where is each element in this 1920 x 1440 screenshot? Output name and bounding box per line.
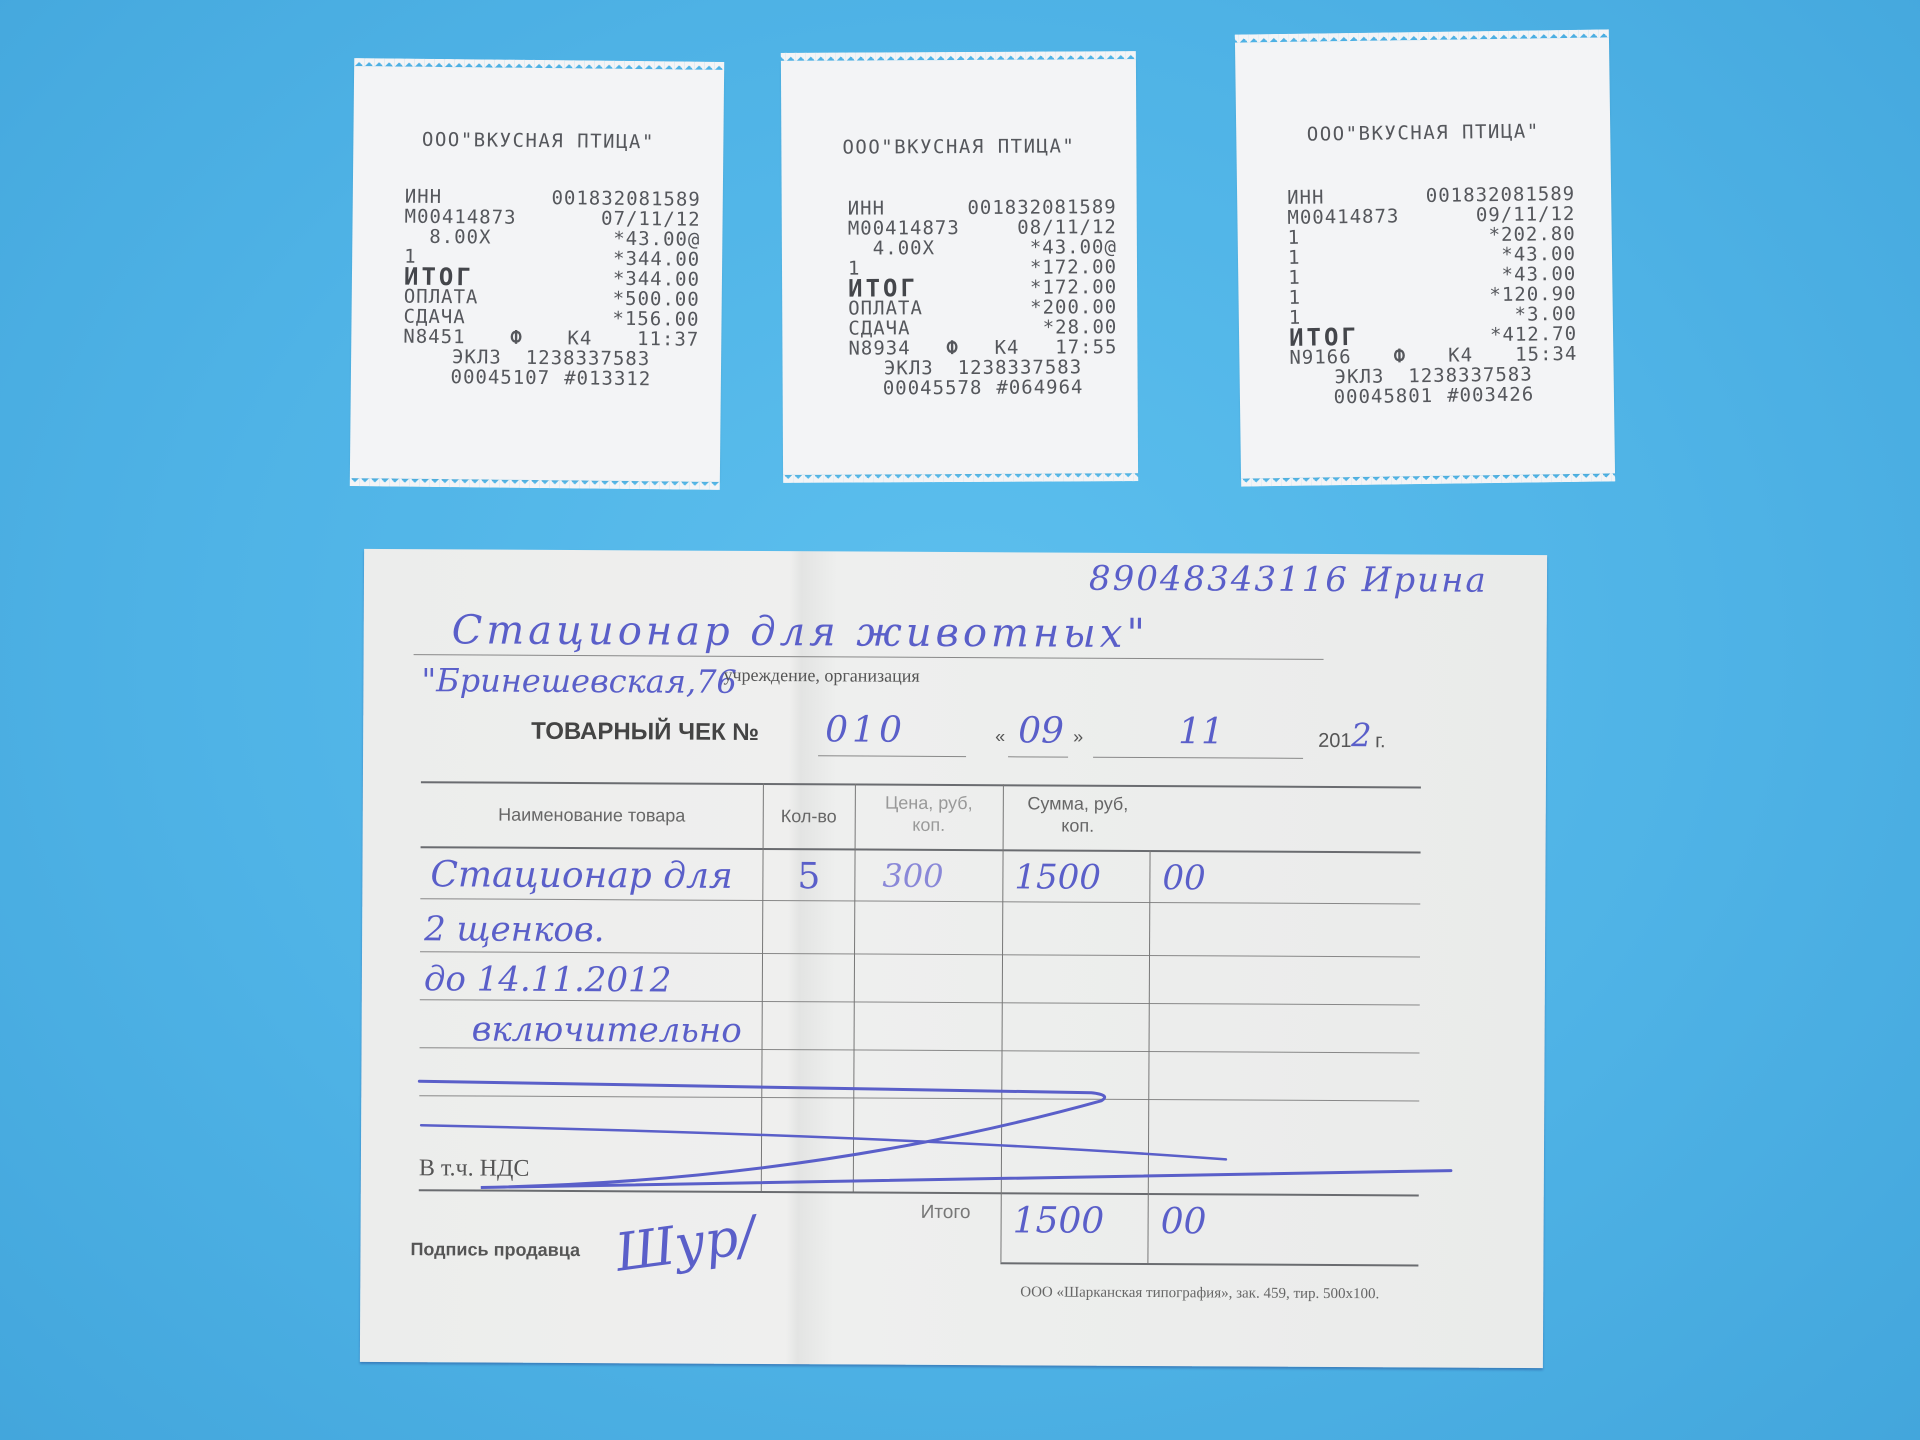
- total-label: Итого: [921, 1202, 971, 1224]
- item-name-line: 2 щенков.: [424, 909, 605, 950]
- col-header-name: Наименование товара: [421, 803, 763, 827]
- month-underline: [1093, 757, 1303, 759]
- item-sum-rub: 1500: [1014, 857, 1101, 897]
- printer-imprint: ООО «Шарканская типография», зак. 459, т…: [1020, 1284, 1379, 1303]
- receipt-register-row: М0041487308/11/12: [848, 217, 1117, 238]
- number-underline: [818, 755, 966, 757]
- fiscal-mark-icon: Ф: [946, 338, 959, 358]
- fiscal-mark-icon: Ф: [1394, 346, 1407, 366]
- receipt-item-row: 4.00Х*43.00@: [848, 237, 1117, 258]
- day-underline: [1008, 756, 1068, 757]
- seller-signature: Шур/: [612, 1205, 759, 1283]
- sales-slip: 89048343116 Ирина Стационар для животных…: [360, 549, 1547, 1368]
- goods-table: Наименование товара Кол-во Цена, руб, ко…: [364, 549, 1547, 555]
- item-price: 300: [882, 857, 943, 895]
- row-divider: [420, 898, 1420, 904]
- phone-note: 89048343116 Ирина: [1089, 559, 1488, 601]
- year-prefix: 201: [1318, 730, 1351, 753]
- receipt-kpk-row: 00045801#003426: [1290, 384, 1578, 408]
- receipt-item-row: 8.00Х*43.00@: [404, 227, 700, 250]
- table-header-border: [421, 846, 1421, 853]
- cash-receipt-3: ООО"ВКУСНАЯ ПТИЦА" ИНН001832081589 М0041…: [1235, 37, 1615, 478]
- total-kop: 00: [1161, 1201, 1207, 1242]
- item-sum-kop: 00: [1162, 858, 1205, 898]
- total-rub: 1500: [1013, 1200, 1105, 1241]
- receipt-payment-row: ОПЛАТА*200.00: [848, 297, 1117, 318]
- org-caption: учреждение, организация: [723, 665, 919, 687]
- col-header-sum: Сумма, руб, коп.: [1023, 792, 1133, 837]
- receipt-kpk-row: 00045107#013312: [403, 367, 699, 390]
- vat-label: В т.ч. НДС: [419, 1155, 530, 1183]
- receipt-eklz-row: ЭКЛЗ1238337583: [848, 357, 1117, 378]
- quote-close: »: [1073, 727, 1083, 748]
- row-divider: [420, 951, 1420, 957]
- receipt-company: ООО"ВКУСНАЯ ПТИЦА": [1236, 119, 1610, 146]
- slip-day: 09: [1018, 710, 1064, 751]
- receipt-date: 08/11/12: [1017, 217, 1117, 238]
- table-top-border: [421, 781, 1421, 788]
- fiscal-mark-icon: Ф: [510, 328, 523, 348]
- item-qty: 5: [797, 856, 820, 897]
- row-divider: [420, 999, 1420, 1005]
- slip-month: 11: [1178, 711, 1224, 752]
- receipt-company: ООО"ВКУСНАЯ ПТИЦА": [781, 135, 1136, 159]
- col-header-qty: Кол-во: [763, 805, 855, 827]
- year-suffix: 2: [1351, 716, 1372, 754]
- org-name-line2: "Бринешевская,76: [421, 661, 737, 701]
- strikethrough-scribble: [411, 1059, 1462, 1204]
- receipt-inn-row: ИНН001832081589: [848, 197, 1117, 218]
- year-unit: г.: [1375, 730, 1386, 753]
- item-name-line: до 14.11.2012: [424, 959, 672, 1000]
- cash-receipt-1: ООО"ВКУСНАЯ ПТИЦА" ИНН001832081589 М0041…: [350, 66, 724, 482]
- receipt-docno-row: N8934ФК417:55: [848, 337, 1117, 358]
- slip-number: 010: [825, 709, 906, 750]
- receipt-change-row: СДАЧА*28.00: [848, 317, 1117, 338]
- org-name-line1: Стационар для животных": [452, 607, 1149, 657]
- col-header-price: Цена, руб, коп.: [873, 792, 985, 837]
- slip-title: ТОВАРНЫЙ ЧЕК №: [531, 718, 759, 747]
- cash-receipt-2: ООО"ВКУСНАЯ ПТИЦА" ИНН001832081589 М0041…: [781, 59, 1138, 475]
- receipt-date: 07/11/12: [601, 209, 701, 230]
- total-bottom: [1000, 1262, 1418, 1266]
- item-name-line: Стационар для: [430, 854, 733, 897]
- receipt-kpk-row: 00045578#064964: [849, 377, 1118, 398]
- quote-open: «: [995, 726, 1005, 747]
- receipt-company: ООО"ВКУСНАЯ ПТИЦА": [353, 128, 723, 154]
- receipt-total-row: ИТОГ*172.00: [848, 277, 1117, 298]
- item-name-line: включительно: [472, 1009, 742, 1050]
- receipt-date: 09/11/12: [1476, 204, 1576, 225]
- signature-label: Подпись продавца: [410, 1239, 580, 1261]
